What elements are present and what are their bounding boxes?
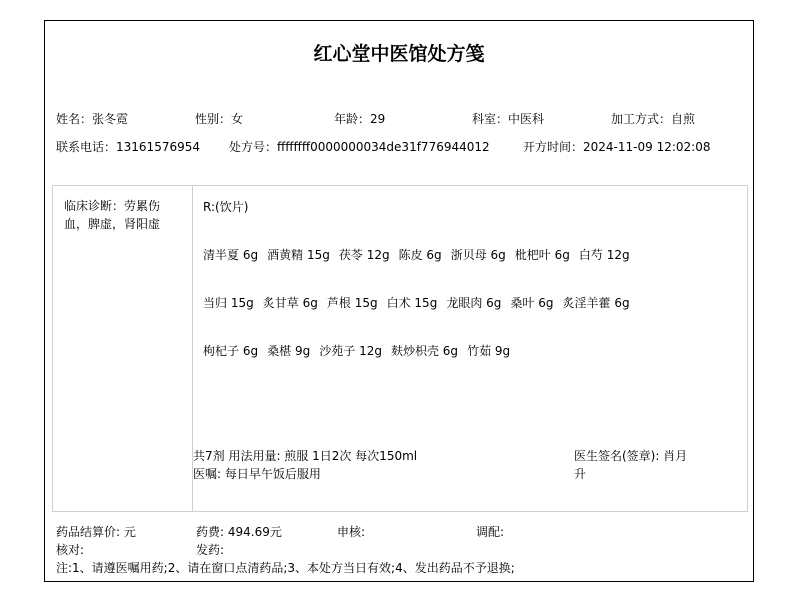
diagnosis-panel: 临床诊断：劳累伤血，脾虚，肾阳虚	[53, 186, 193, 511]
diagnosis: 临床诊断：劳累伤血，脾虚，肾阳虚	[64, 197, 180, 233]
footer-note: 注:1、请遵医嘱用药;2、请在窗口点清药品;3、本处方当日有效;4、发出药品不予…	[56, 559, 515, 576]
rx-number: ffffffff0000000034de31f776944012	[277, 140, 490, 154]
prescription-panel: R:(饮片) 清半夏 6g酒黄精 15g茯苓 12g陈皮 6g浙贝母 6g枇杷叶…	[193, 186, 747, 511]
herb-item: 陈皮 6g	[399, 248, 442, 262]
herb-item: 茯苓 12g	[339, 248, 390, 262]
usage-dosage: 共7剂 用法用量: 煎服 1日2次 每次150ml	[193, 447, 417, 465]
rx-number-field: 处方号：ffffffff0000000034de31f776944012	[229, 138, 490, 155]
herb-item: 芦根 15g	[327, 296, 378, 310]
patient-age-field: 年龄：29	[334, 110, 385, 127]
department: 中医科	[508, 112, 544, 126]
department-field: 科室：中医科	[472, 110, 544, 127]
herb-item: 沙苑子 12g	[319, 344, 382, 358]
herb-item: 龙眼肉 6g	[446, 296, 501, 310]
herb-item: 浙贝母 6g	[451, 248, 506, 262]
herb-item: 枸杞子 6g	[203, 344, 258, 358]
herb-item: 炙淫羊藿 6g	[563, 296, 630, 310]
herb-item: 白芍 12g	[579, 248, 630, 262]
herb-item: 当归 15g	[203, 296, 254, 310]
prescription-box: 临床诊断：劳累伤血，脾虚，肾阳虚 R:(饮片) 清半夏 6g酒黄精 15g茯苓 …	[52, 185, 748, 512]
herb-line-2: 当归 15g炙甘草 6g芦根 15g白术 15g龙眼肉 6g桑叶 6g炙淫羊藿 …	[203, 294, 639, 311]
patient-name: 张冬霓	[92, 112, 128, 126]
rx-time-field: 开方时间：2024-11-09 12:02:08	[523, 138, 710, 155]
patient-gender-field: 性别：女	[195, 110, 243, 127]
usage-block: 共7剂 用法用量: 煎服 1日2次 每次150ml 医嘱: 每日早午饭后服用	[193, 447, 417, 483]
drug-fee: 药费: 494.69元	[196, 523, 282, 540]
rx-time: 2024-11-09 12:02:08	[583, 140, 710, 154]
patient-gender: 女	[231, 112, 243, 126]
herb-line-3: 枸杞子 6g桑椹 9g沙苑子 12g麸炒枳壳 6g竹茹 9g	[203, 342, 519, 359]
herb-item: 桑叶 6g	[510, 296, 553, 310]
processing-method: 自煎	[671, 112, 695, 126]
herb-item: 桑椹 9g	[267, 344, 310, 358]
herb-item: 竹茹 9g	[467, 344, 510, 358]
herb-item: 清半夏 6g	[203, 248, 258, 262]
herb-item: 麸炒枳壳 6g	[391, 344, 458, 358]
issue-field: 发药:	[196, 541, 224, 558]
herb-item: 枇杷叶 6g	[515, 248, 570, 262]
settle-price: 药品结算价: 元	[56, 523, 136, 540]
processing-method-field: 加工方式：自煎	[611, 110, 695, 127]
herb-item: 白术 15g	[387, 296, 438, 310]
prescription-sheet: 红心堂中医馆处方笺 姓名：张冬霓 性别：女 年龄：29 科室：中医科 加工方式：…	[44, 20, 754, 582]
check-field: 核对:	[56, 541, 84, 558]
rx-type-label: R:(饮片)	[203, 198, 248, 215]
herb-item: 炙甘草 6g	[263, 296, 318, 310]
patient-name-field: 姓名：张冬霓	[56, 110, 128, 127]
phone-field: 联系电话：13161576954	[56, 138, 200, 155]
phone: 13161576954	[116, 140, 200, 154]
herb-line-1: 清半夏 6g酒黄精 15g茯苓 12g陈皮 6g浙贝母 6g枇杷叶 6g白芍 1…	[203, 246, 639, 263]
review-field: 申核:	[337, 523, 365, 540]
patient-age: 29	[370, 112, 385, 126]
page-title: 红心堂中医馆处方笺	[45, 39, 753, 66]
doctor-signature: 医生签名(签章): 肖月升	[574, 447, 699, 483]
medical-advice: 医嘱: 每日早午饭后服用	[193, 465, 417, 483]
herb-item: 酒黄精 15g	[267, 248, 330, 262]
dispense-field: 调配:	[476, 523, 504, 540]
